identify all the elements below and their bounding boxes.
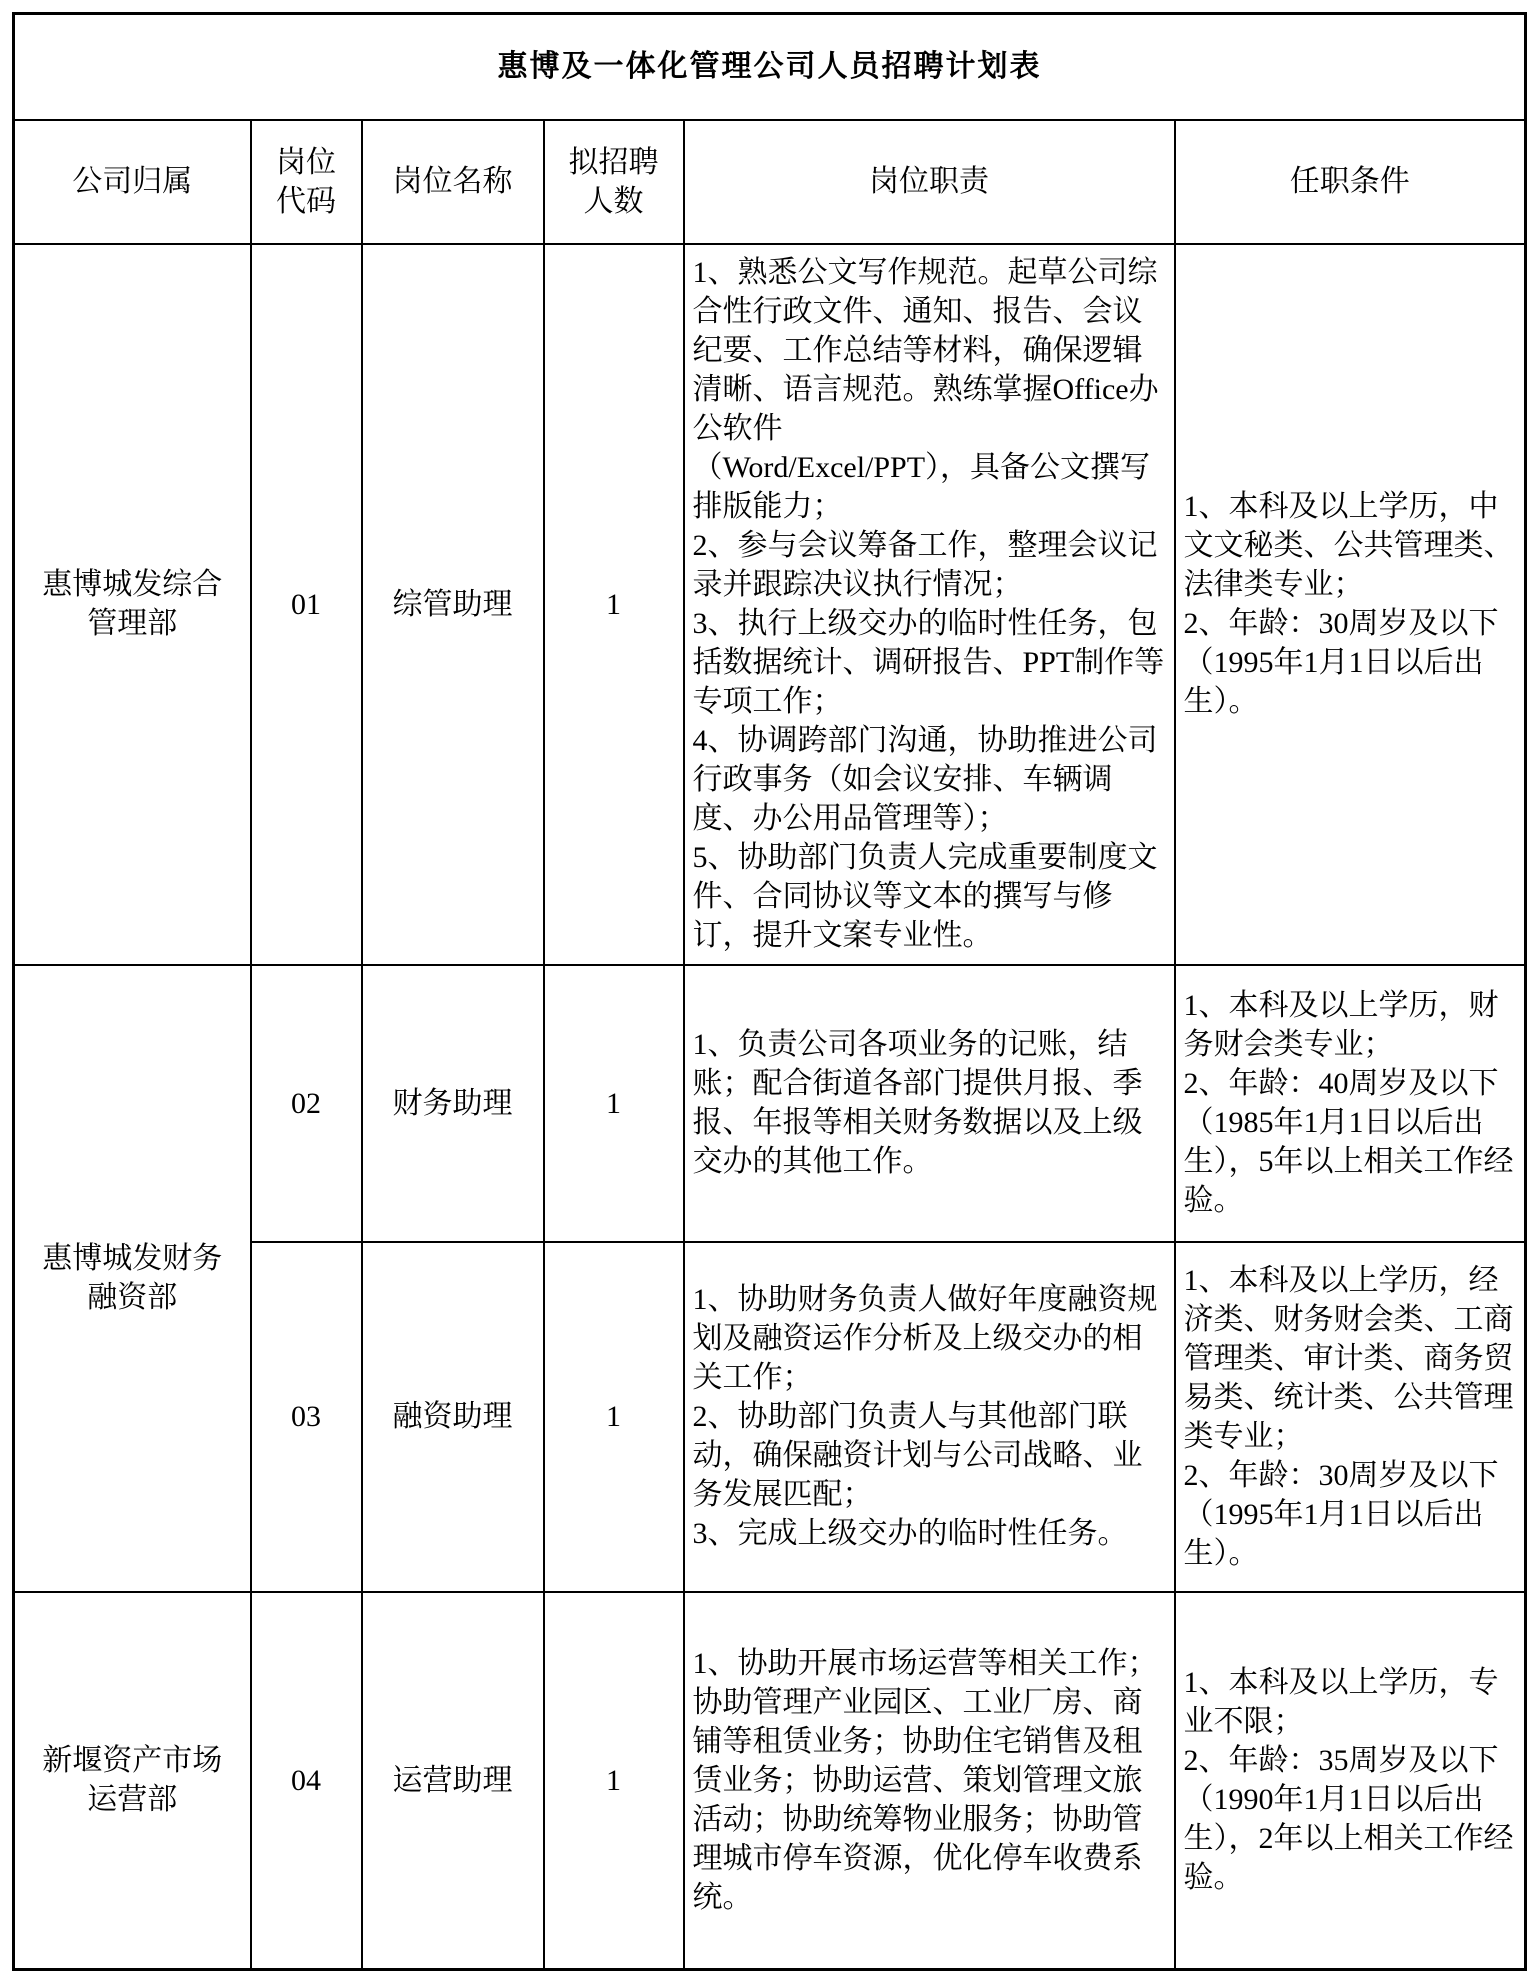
header-position: 岗位名称 <box>362 120 544 244</box>
header-headcount: 拟招聘 人数 <box>544 120 684 244</box>
headcount-cell: 1 <box>544 1242 684 1592</box>
recruitment-plan-table: 惠博及一体化管理公司人员招聘计划表 公司归属 岗位 代码 岗位名称 拟招聘 人数… <box>12 12 1527 1971</box>
requirements-cell: 1、本科及以上学历，专业不限； 2、年龄：35周岁及以下（1990年1月1日以后… <box>1175 1592 1526 1970</box>
table-row: 惠博城发财务 融资部 02 财务助理 1 1、负责公司各项业务的记账，结账；配合… <box>14 965 1526 1242</box>
headcount-cell: 1 <box>544 244 684 965</box>
code-cell: 02 <box>251 965 362 1242</box>
header-code: 岗位 代码 <box>251 120 362 244</box>
position-cell: 运营助理 <box>362 1592 544 1970</box>
header-duties: 岗位职责 <box>684 120 1175 244</box>
code-cell: 01 <box>251 244 362 965</box>
headcount-cell: 1 <box>544 965 684 1242</box>
company-cell: 惠博城发财务 融资部 <box>14 965 251 1592</box>
header-requirements: 任职条件 <box>1175 120 1526 244</box>
position-cell: 综管助理 <box>362 244 544 965</box>
company-cell: 惠博城发综合 管理部 <box>14 244 251 965</box>
table-row: 惠博城发综合 管理部 01 综管助理 1 1、熟悉公文写作规范。起草公司综合性行… <box>14 244 1526 965</box>
header-row: 公司归属 岗位 代码 岗位名称 拟招聘 人数 岗位职责 任职条件 <box>14 120 1526 244</box>
title-row: 惠博及一体化管理公司人员招聘计划表 <box>14 14 1526 120</box>
code-cell: 03 <box>251 1242 362 1592</box>
requirements-cell: 1、本科及以上学历，经济类、财务财会类、工商管理类、审计类、商务贸易类、统计类、… <box>1175 1242 1526 1592</box>
position-cell: 融资助理 <box>362 1242 544 1592</box>
position-cell: 财务助理 <box>362 965 544 1242</box>
header-company: 公司归属 <box>14 120 251 244</box>
duties-cell: 1、熟悉公文写作规范。起草公司综合性行政文件、通知、报告、会议纪要、工作总结等材… <box>684 244 1175 965</box>
requirements-cell: 1、本科及以上学历，中文文秘类、公共管理类、法律类专业； 2、年龄：30周岁及以… <box>1175 244 1526 965</box>
duties-cell: 1、负责公司各项业务的记账，结账；配合街道各部门提供月报、季报、年报等相关财务数… <box>684 965 1175 1242</box>
table-row: 新堰资产市场 运营部 04 运营助理 1 1、协助开展市场运营等相关工作；协助管… <box>14 1592 1526 1970</box>
code-cell: 04 <box>251 1592 362 1970</box>
headcount-cell: 1 <box>544 1592 684 1970</box>
duties-cell: 1、协助开展市场运营等相关工作；协助管理产业园区、工业厂房、商铺等租赁业务；协助… <box>684 1592 1175 1970</box>
requirements-cell: 1、本科及以上学历，财务财会类专业； 2、年龄：40周岁及以下（1985年1月1… <box>1175 965 1526 1242</box>
company-cell: 新堰资产市场 运营部 <box>14 1592 251 1970</box>
duties-cell: 1、协助财务负责人做好年度融资规划及融资运作分析及上级交办的相关工作； 2、协助… <box>684 1242 1175 1592</box>
page-title: 惠博及一体化管理公司人员招聘计划表 <box>14 14 1526 120</box>
